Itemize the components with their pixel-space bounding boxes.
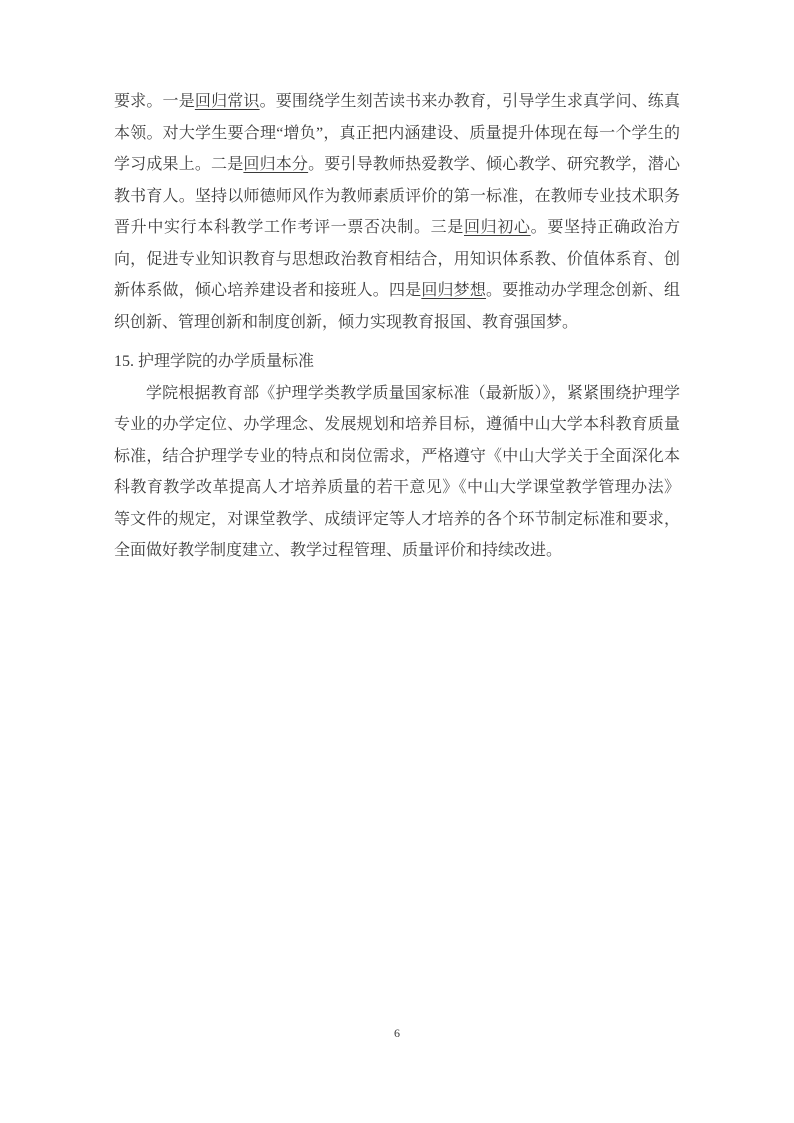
underlined-phrase-return-to-original-aspiration: 回归初心 (464, 219, 531, 236)
underlined-phrase-return-to-duty: 回归本分 (243, 156, 308, 173)
underlined-phrase-return-to-common-sense: 回归常识 (195, 93, 260, 110)
paragraph-text: 要求。一是 (114, 93, 195, 110)
page-number: 6 (0, 1026, 794, 1041)
underlined-phrase-return-to-dream: 回归梦想 (421, 282, 486, 299)
text-block: 要求。一是回归常识。要围绕学生刻苦读书来办教育，引导学生求真学问、练真本领。对大… (114, 86, 680, 567)
paragraph-continued: 要求。一是回归常识。要围绕学生刻苦读书来办教育，引导学生求真学问、练真本领。对大… (114, 86, 680, 338)
paragraph-body: 学院根据教育部《护理学类教学质量国家标准（最新版）》，紧紧围绕护理学专业的办学定… (114, 378, 680, 567)
document-page: 要求。一是回归常识。要围绕学生刻苦读书来办教育，引导学生求真学问、练真本领。对大… (0, 0, 794, 1123)
section-heading: 15. 护理学院的办学质量标准 (114, 346, 680, 378)
